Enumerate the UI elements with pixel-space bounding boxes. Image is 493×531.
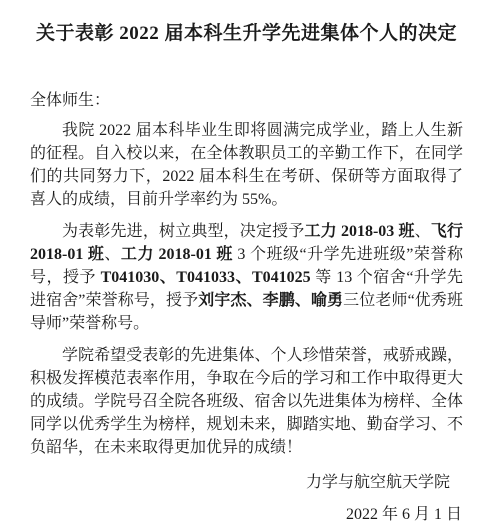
paragraph-hope: 学院希望受表彰的先进集体、个人珍惜荣誉，戒骄戒躁，积极发挥模范表率作用，争取在今… xyxy=(30,344,463,459)
document-title: 关于表彰 2022 届本科生升学先进集体个人的决定 xyxy=(30,21,463,46)
signature-date: 2022 年 6 月 1 日 xyxy=(30,503,463,526)
signature-department: 力学与航空航天学院 xyxy=(30,471,463,494)
greeting-line: 全体师生： xyxy=(30,89,463,112)
paragraph-intro: 我院 2022 届本科毕业生即将圆满完成学业，踏上人生新的征程。自入校以来，在全… xyxy=(30,119,463,211)
paragraph-awards: 为表彰先进，树立典型，决定授予工力 2018-03 班、飞行 2018-01 班… xyxy=(30,220,463,335)
document-page: 关于表彰 2022 届本科生升学先进集体个人的决定 全体师生： 我院 2022 … xyxy=(0,0,493,531)
signature-block: 力学与航空航天学院 2022 年 6 月 1 日 xyxy=(30,471,463,526)
